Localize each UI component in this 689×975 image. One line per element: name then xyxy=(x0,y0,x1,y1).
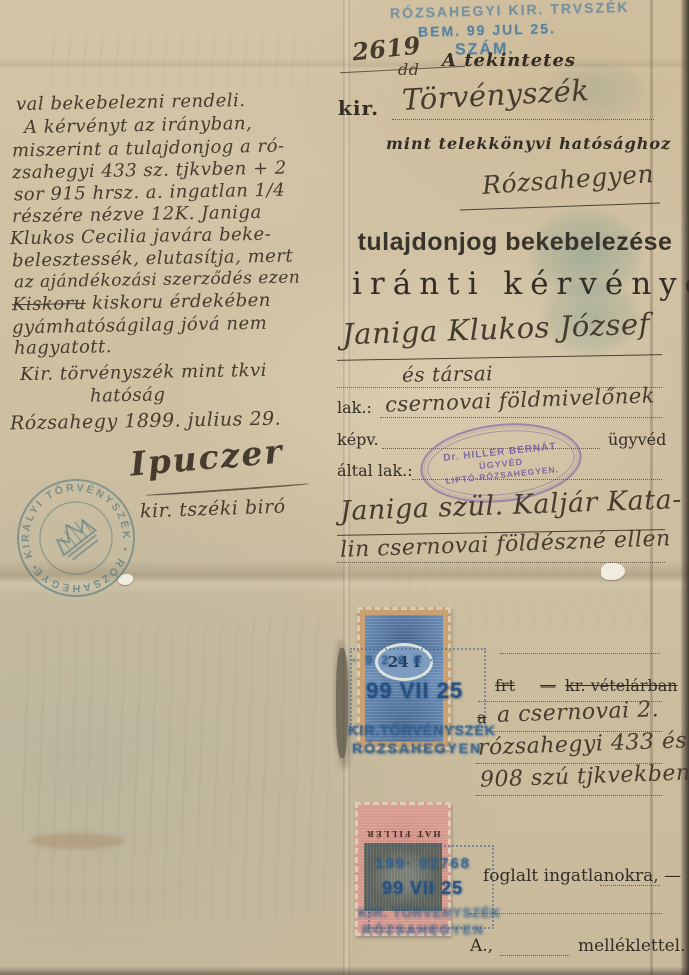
cancellation2-number: 199· 92768 xyxy=(375,855,471,872)
handwritten-date-line: Rózsahegy 1899. julius 29. xyxy=(10,408,282,435)
ruled-line xyxy=(600,884,660,886)
foglalt-line: foglalt ingatlanokra, — xyxy=(483,866,681,886)
handwritten-line: Kir. törvényszék mint tkvi xyxy=(20,360,267,385)
residence-handwritten: csernovai földmivelőnek xyxy=(385,383,656,416)
scanned-legal-document: val bekebelezni rendeli. A kérvényt az i… xyxy=(0,0,689,975)
price-dash-struck: — xyxy=(540,676,556,695)
handwritten-line: Klukos Cecilia javára beke- xyxy=(10,224,272,250)
applicant-co-handwritten: és társai xyxy=(402,361,493,387)
right-dark-border xyxy=(681,0,689,975)
cancellation2-office2: RÓZSAHEGYEN xyxy=(362,922,484,937)
handwritten-line: gyámhatóságilag jóvá nem xyxy=(12,313,268,338)
attachment-label: melléklettel. xyxy=(578,936,685,956)
handwritten-line-with-strikethrough: Kiskoru kiskoru érdekében xyxy=(12,290,271,316)
handwritten-line: hatóság xyxy=(90,384,166,406)
seal-crown-emblem xyxy=(50,513,101,562)
authority-line: mint telekkönyvi hatósághoz xyxy=(386,134,671,153)
brown-stain xyxy=(30,833,125,849)
attachment-a-label: A., xyxy=(470,936,493,956)
lak-label: lak.: xyxy=(337,398,372,417)
handwritten-line: részére nézve 12K. Janiga xyxy=(12,202,262,227)
ruled-line xyxy=(380,416,662,418)
case-note: dd xyxy=(398,60,419,79)
handwritten-line: hagyatott. xyxy=(14,336,112,359)
ruled-line xyxy=(476,794,662,796)
petition-title-line1: tulajdonjog bekebelezése xyxy=(345,228,685,257)
revenue-stamp2-value-text: HAT FILLÉR xyxy=(358,829,448,839)
handwritten-line: az ajándékozási szerződés ezen xyxy=(14,268,301,293)
price-kr-label-struck: kr. vételárban xyxy=(565,676,678,695)
bottom-edge-shadow xyxy=(0,967,689,975)
property-line1-handwritten: a csernovai 2. xyxy=(497,697,660,728)
line-text: kiskoru érdekében xyxy=(92,290,271,314)
received-stamp-line2: BEM. 99 JUL 25. xyxy=(418,20,556,40)
judge-title: kir. tszéki biró xyxy=(140,495,286,522)
bleedthrough-texture xyxy=(40,35,310,85)
struck-word: Kiskoru xyxy=(12,293,86,315)
bleedthrough-texture xyxy=(15,615,335,926)
ugyved-label: ügyvéd xyxy=(608,430,666,449)
cancellation1-office1: KIR.TÖRVÉNYSZÉK xyxy=(348,722,496,738)
kepv-label: képv. xyxy=(337,430,379,449)
petition-title-line2: iránti kérvénye xyxy=(352,266,682,302)
property-line2-handwritten: rózsahegyi 433 és xyxy=(478,728,688,760)
respondent-line1-handwritten: Janiga szül. Kaljár Kata- xyxy=(340,484,683,527)
ruled-line xyxy=(337,561,665,563)
center-fold-line xyxy=(343,0,350,975)
kir-label: kir. xyxy=(338,96,379,120)
salutation: A tekintetes xyxy=(442,50,576,71)
ruled-line xyxy=(470,912,662,914)
ruled-line xyxy=(412,478,662,480)
cancellation1-number: · 9 2 6 8 · xyxy=(352,653,436,667)
cancellation1-office2: RÓZSAHEGYEN xyxy=(352,740,482,756)
cancellation1-date: 99 VII 25 xyxy=(366,678,463,704)
ink-smudge-fold xyxy=(336,648,348,758)
handwritten-line: val bekebelezni rendeli. xyxy=(16,90,246,115)
respondent-line2-handwritten: lin csernovai földészné ellen xyxy=(340,526,671,563)
ruled-line xyxy=(392,118,654,120)
a-label-struck: a xyxy=(477,708,487,727)
applicant-underline xyxy=(337,353,662,361)
ruled-line xyxy=(500,652,660,654)
received-stamp-line1: RÓZSAHEGYI KIR. TRVSZÉK xyxy=(390,0,630,21)
ruled-line xyxy=(500,954,570,956)
place-handwritten: Rózsahegyen xyxy=(481,159,655,200)
price-frt-label-struck: frt xyxy=(495,676,515,695)
handwritten-line: A kérvényt az irányban, xyxy=(24,113,253,138)
place-underline xyxy=(460,202,660,211)
altal-lak-label: által lak.: xyxy=(337,461,413,480)
judge-signature: Ipuczer xyxy=(129,431,286,483)
cancellation2-date: 99 VII 25 xyxy=(382,878,463,899)
property-line3-handwritten: 908 szú tjkvekben, xyxy=(480,760,689,793)
